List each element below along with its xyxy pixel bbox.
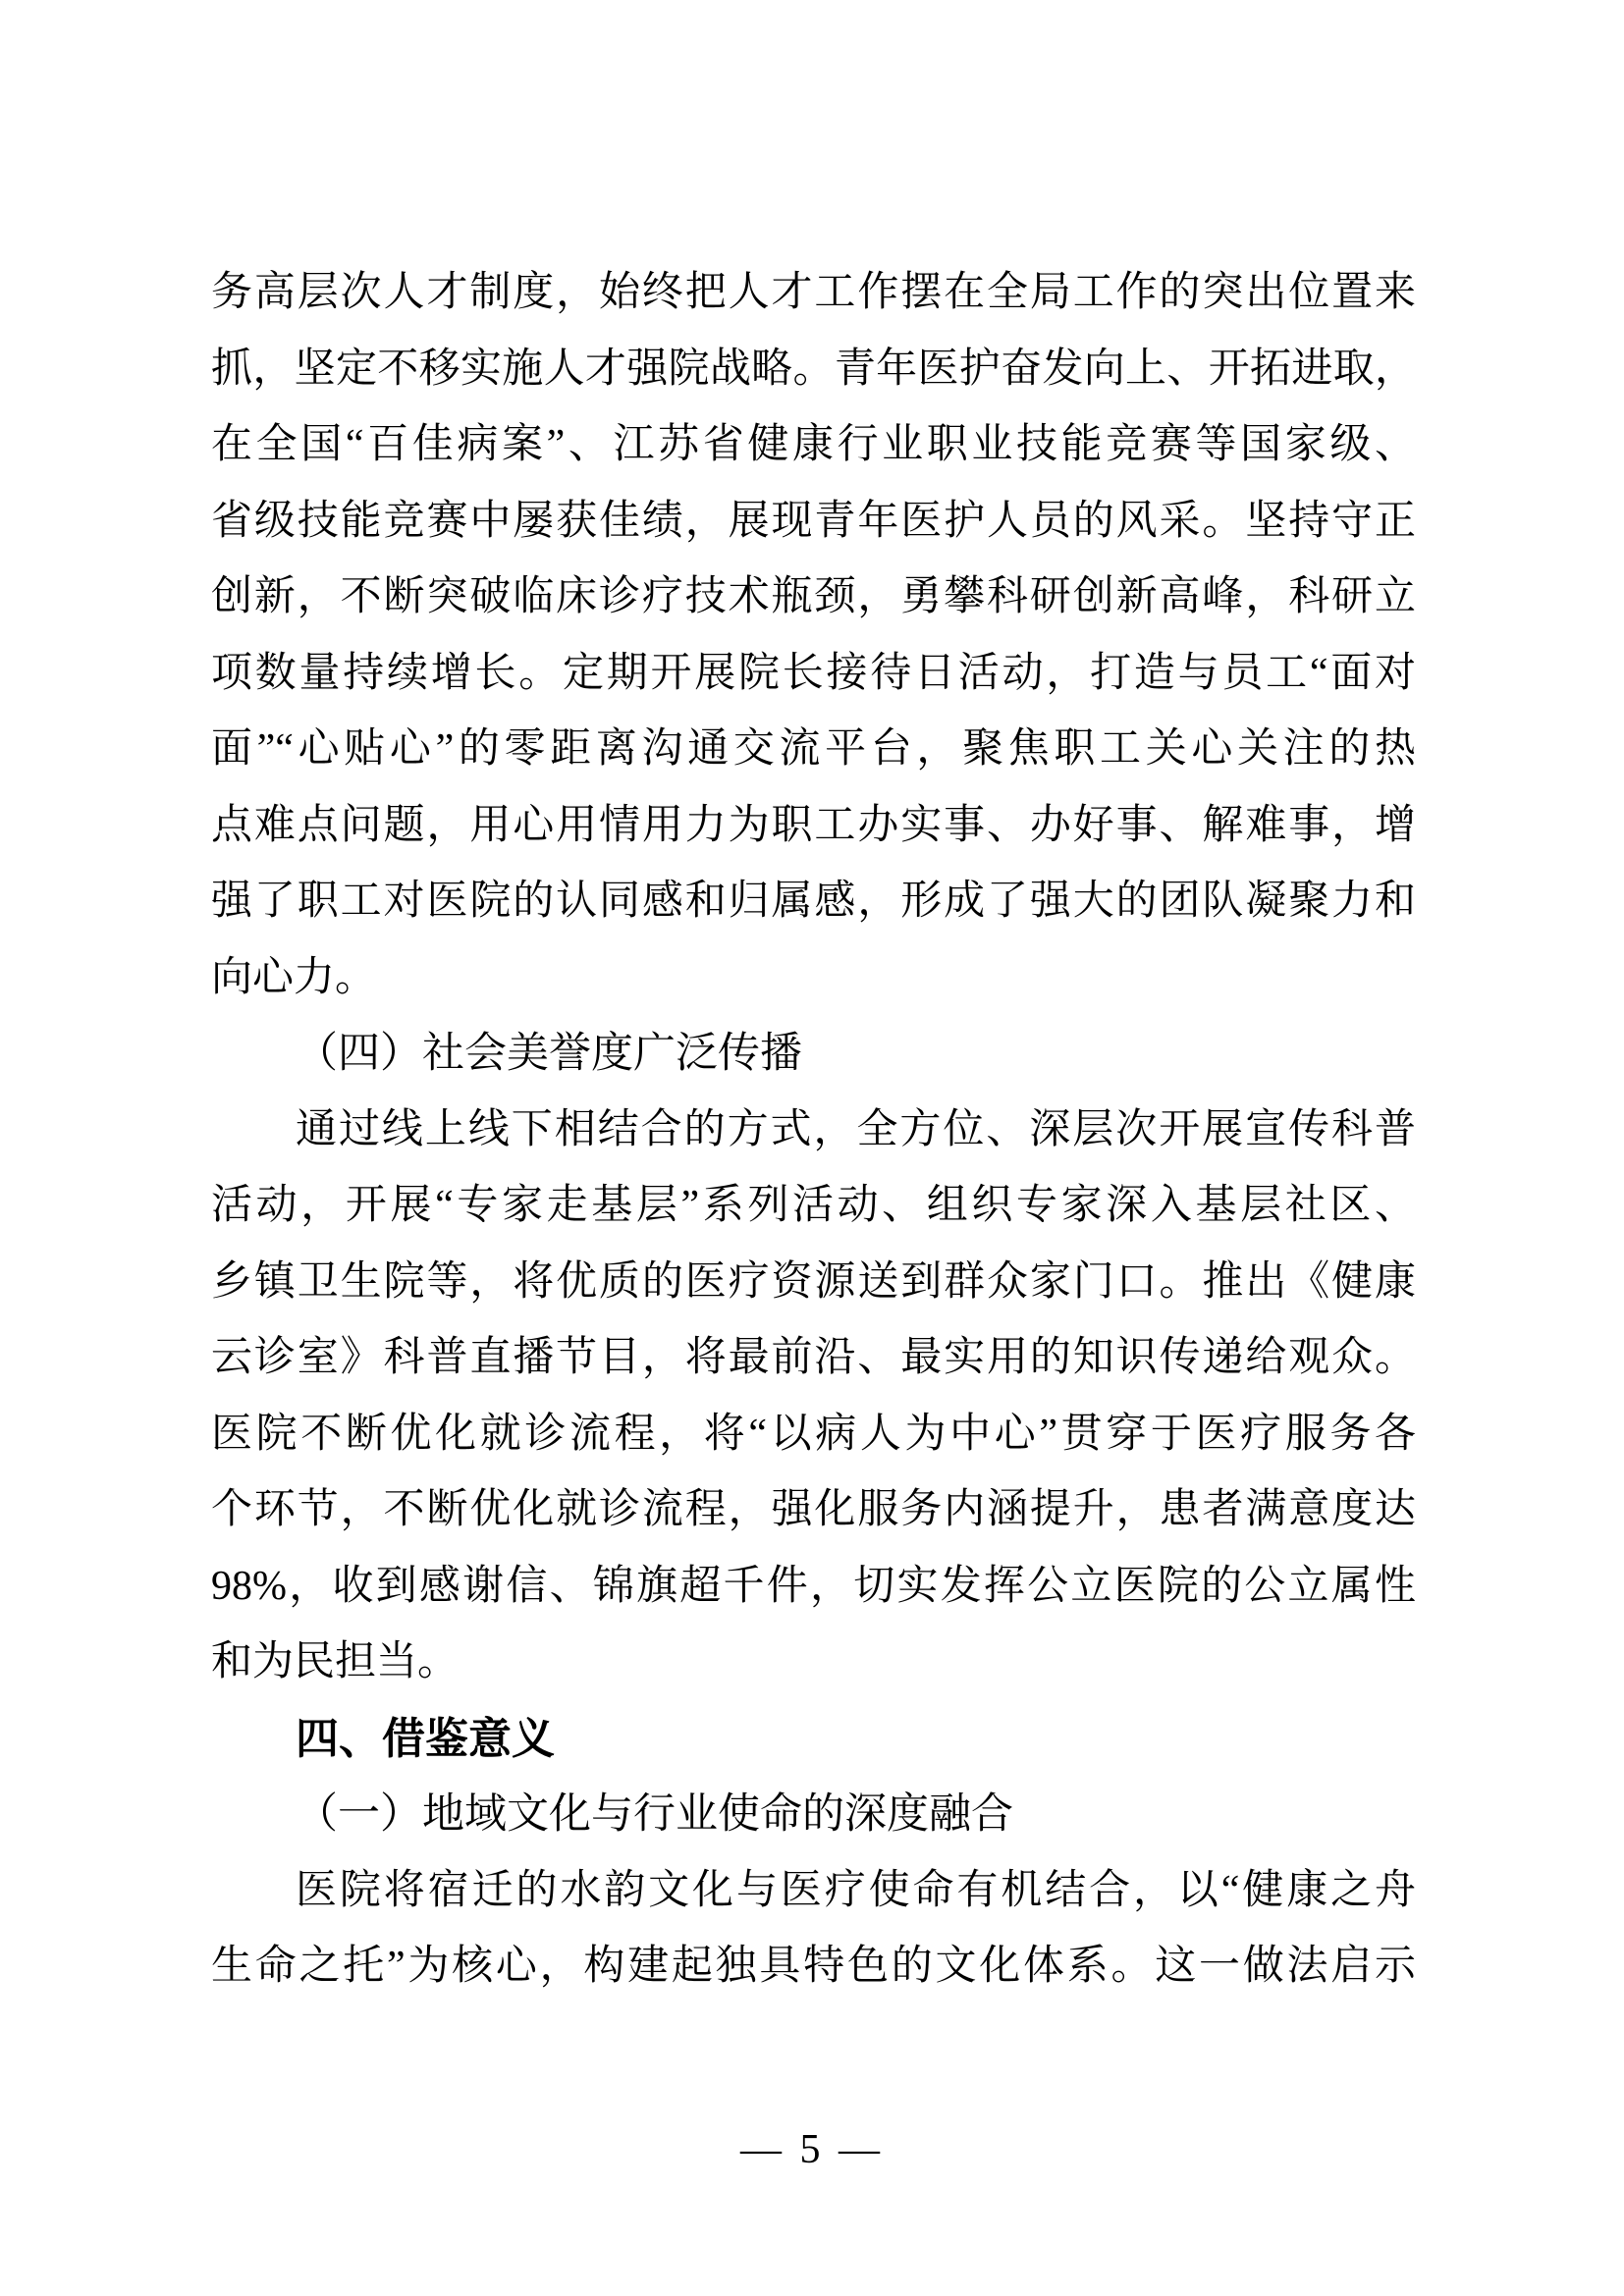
body-line: 个环节，不断优化就诊流程，强化服务内涵提升，患者满意度达 [211, 1472, 1416, 1549]
subsection-heading: （四）社会美誉度广泛传播 [211, 1016, 1416, 1093]
body-line: 在全国“百佳病案”、江苏省健康行业职业技能竞赛等国家级、 [211, 407, 1416, 484]
body-line: 省级技能竞赛中屡获佳绩，展现青年医护人员的风采。坚持守正 [211, 484, 1416, 561]
body-line: 云诊室》科普直播节目，将最前沿、最实用的知识传递给观众。 [211, 1320, 1416, 1397]
section-heading: 四、借鉴意义 [211, 1701, 1416, 1778]
body-line: 通过线上线下相结合的方式，全方位、深层次开展宣传科普 [211, 1093, 1416, 1169]
body-line: 活动，开展“专家走基层”系列活动、组织专家深入基层社区、 [211, 1168, 1416, 1245]
body-line: 抓，坚定不移实施人才强院战略。青年医护奋发向上、开拓进取， [211, 332, 1416, 408]
body-line: 乡镇卫生院等，将优质的医疗资源送到群众家门口。推出《健康 [211, 1245, 1416, 1321]
body-line: 项数量持续增长。定期开展院长接待日活动，打造与员工“面对 [211, 636, 1416, 713]
body-line: 医院不断优化就诊流程，将“以病人为中心”贯穿于医疗服务各 [211, 1397, 1416, 1473]
body-line: 向心力。 [211, 940, 1416, 1017]
document-body: 务高层次人才制度，始终把人才工作摆在全局工作的突出位置来抓，坚定不移实施人才强院… [211, 255, 1416, 2005]
page-number: — 5 — [0, 2126, 1624, 2173]
body-line: 点难点问题，用心用情用力为职工办实事、办好事、解难事，增 [211, 788, 1416, 865]
body-line: 和为民担当。 [211, 1625, 1416, 1701]
document-page: 务高层次人才制度，始终把人才工作摆在全局工作的突出位置来抓，坚定不移实施人才强院… [0, 0, 1624, 2296]
body-line: 医院将宿迁的水韵文化与医疗使命有机结合，以“健康之舟 [211, 1853, 1416, 1930]
body-line: 创新，不断突破临床诊疗技术瓶颈，勇攀科研创新高峰，科研立 [211, 560, 1416, 636]
body-line: 生命之托”为核心，构建起独具特色的文化体系。这一做法启示 [211, 1929, 1416, 2005]
body-line: 务高层次人才制度，始终把人才工作摆在全局工作的突出位置来 [211, 255, 1416, 332]
body-line: 98%，收到感谢信、锦旗超千件，切实发挥公立医院的公立属性 [211, 1549, 1416, 1626]
body-line: 强了职工对医院的认同感和归属感，形成了强大的团队凝聚力和 [211, 864, 1416, 940]
subsection-heading: （一）地域文化与行业使命的深度融合 [211, 1777, 1416, 1853]
body-line: 面”“心贴心”的零距离沟通交流平台，聚焦职工关心关注的热 [211, 712, 1416, 788]
